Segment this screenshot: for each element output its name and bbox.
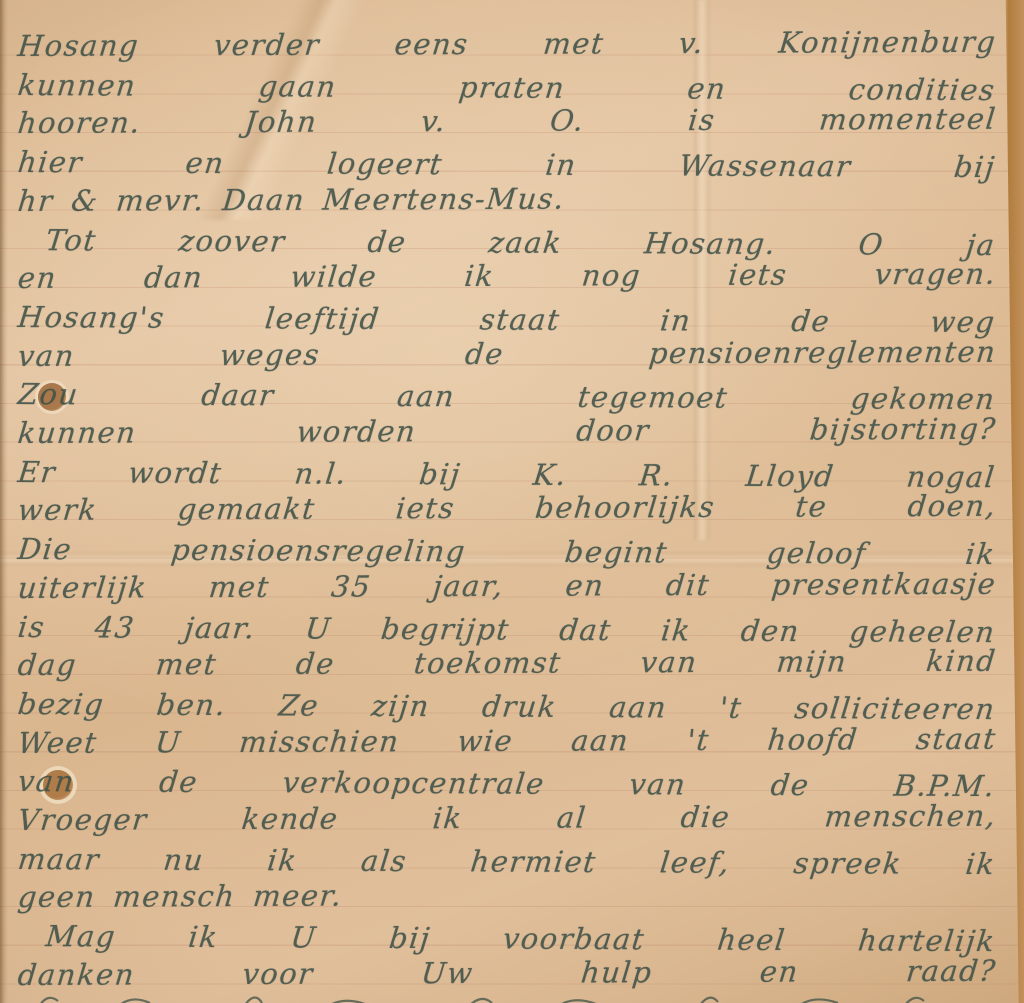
letter-page: Hosang verder eens met v. Konijnenburgku… [0,0,1024,1003]
handwritten-line: hooren. John v. O. is momenteel [16,100,998,143]
partial-bottom-line-strokes [0,991,1024,1003]
handwritten-line: uiterlijk met 35 jaar, en dit presentkaa… [16,565,998,608]
handwritten-line: dag met de toekomst van mijn kind [16,642,998,685]
handwritten-line: geen mensch meer. [16,874,998,917]
handwritten-line: werk gemaakt iets behoorlijks te doen, [16,487,998,530]
handwritten-line: Weet U misschien wie aan 't hoofd staat [16,719,998,762]
handwritten-line: danken voor Uw hulp en raad? [16,952,998,995]
text-lines: Hosang verder eens met v. Konijnenburgku… [0,0,1024,1003]
handwritten-line: Vroeger kende ik al die menschen, [16,797,998,840]
handwritten-line: en dan wilde ik nog iets vragen. [16,255,998,298]
handwritten-line: van weges de pensioenreglementen [16,332,998,375]
handwritten-line: Hosang verder eens met v. Konijnenburg [16,23,998,66]
handwritten-line: hr & mevr. Daan Meertens-Mus. [16,178,998,221]
paper-left-edge [0,0,8,1003]
handwritten-line: kunnen worden door bijstorting? [16,410,998,453]
